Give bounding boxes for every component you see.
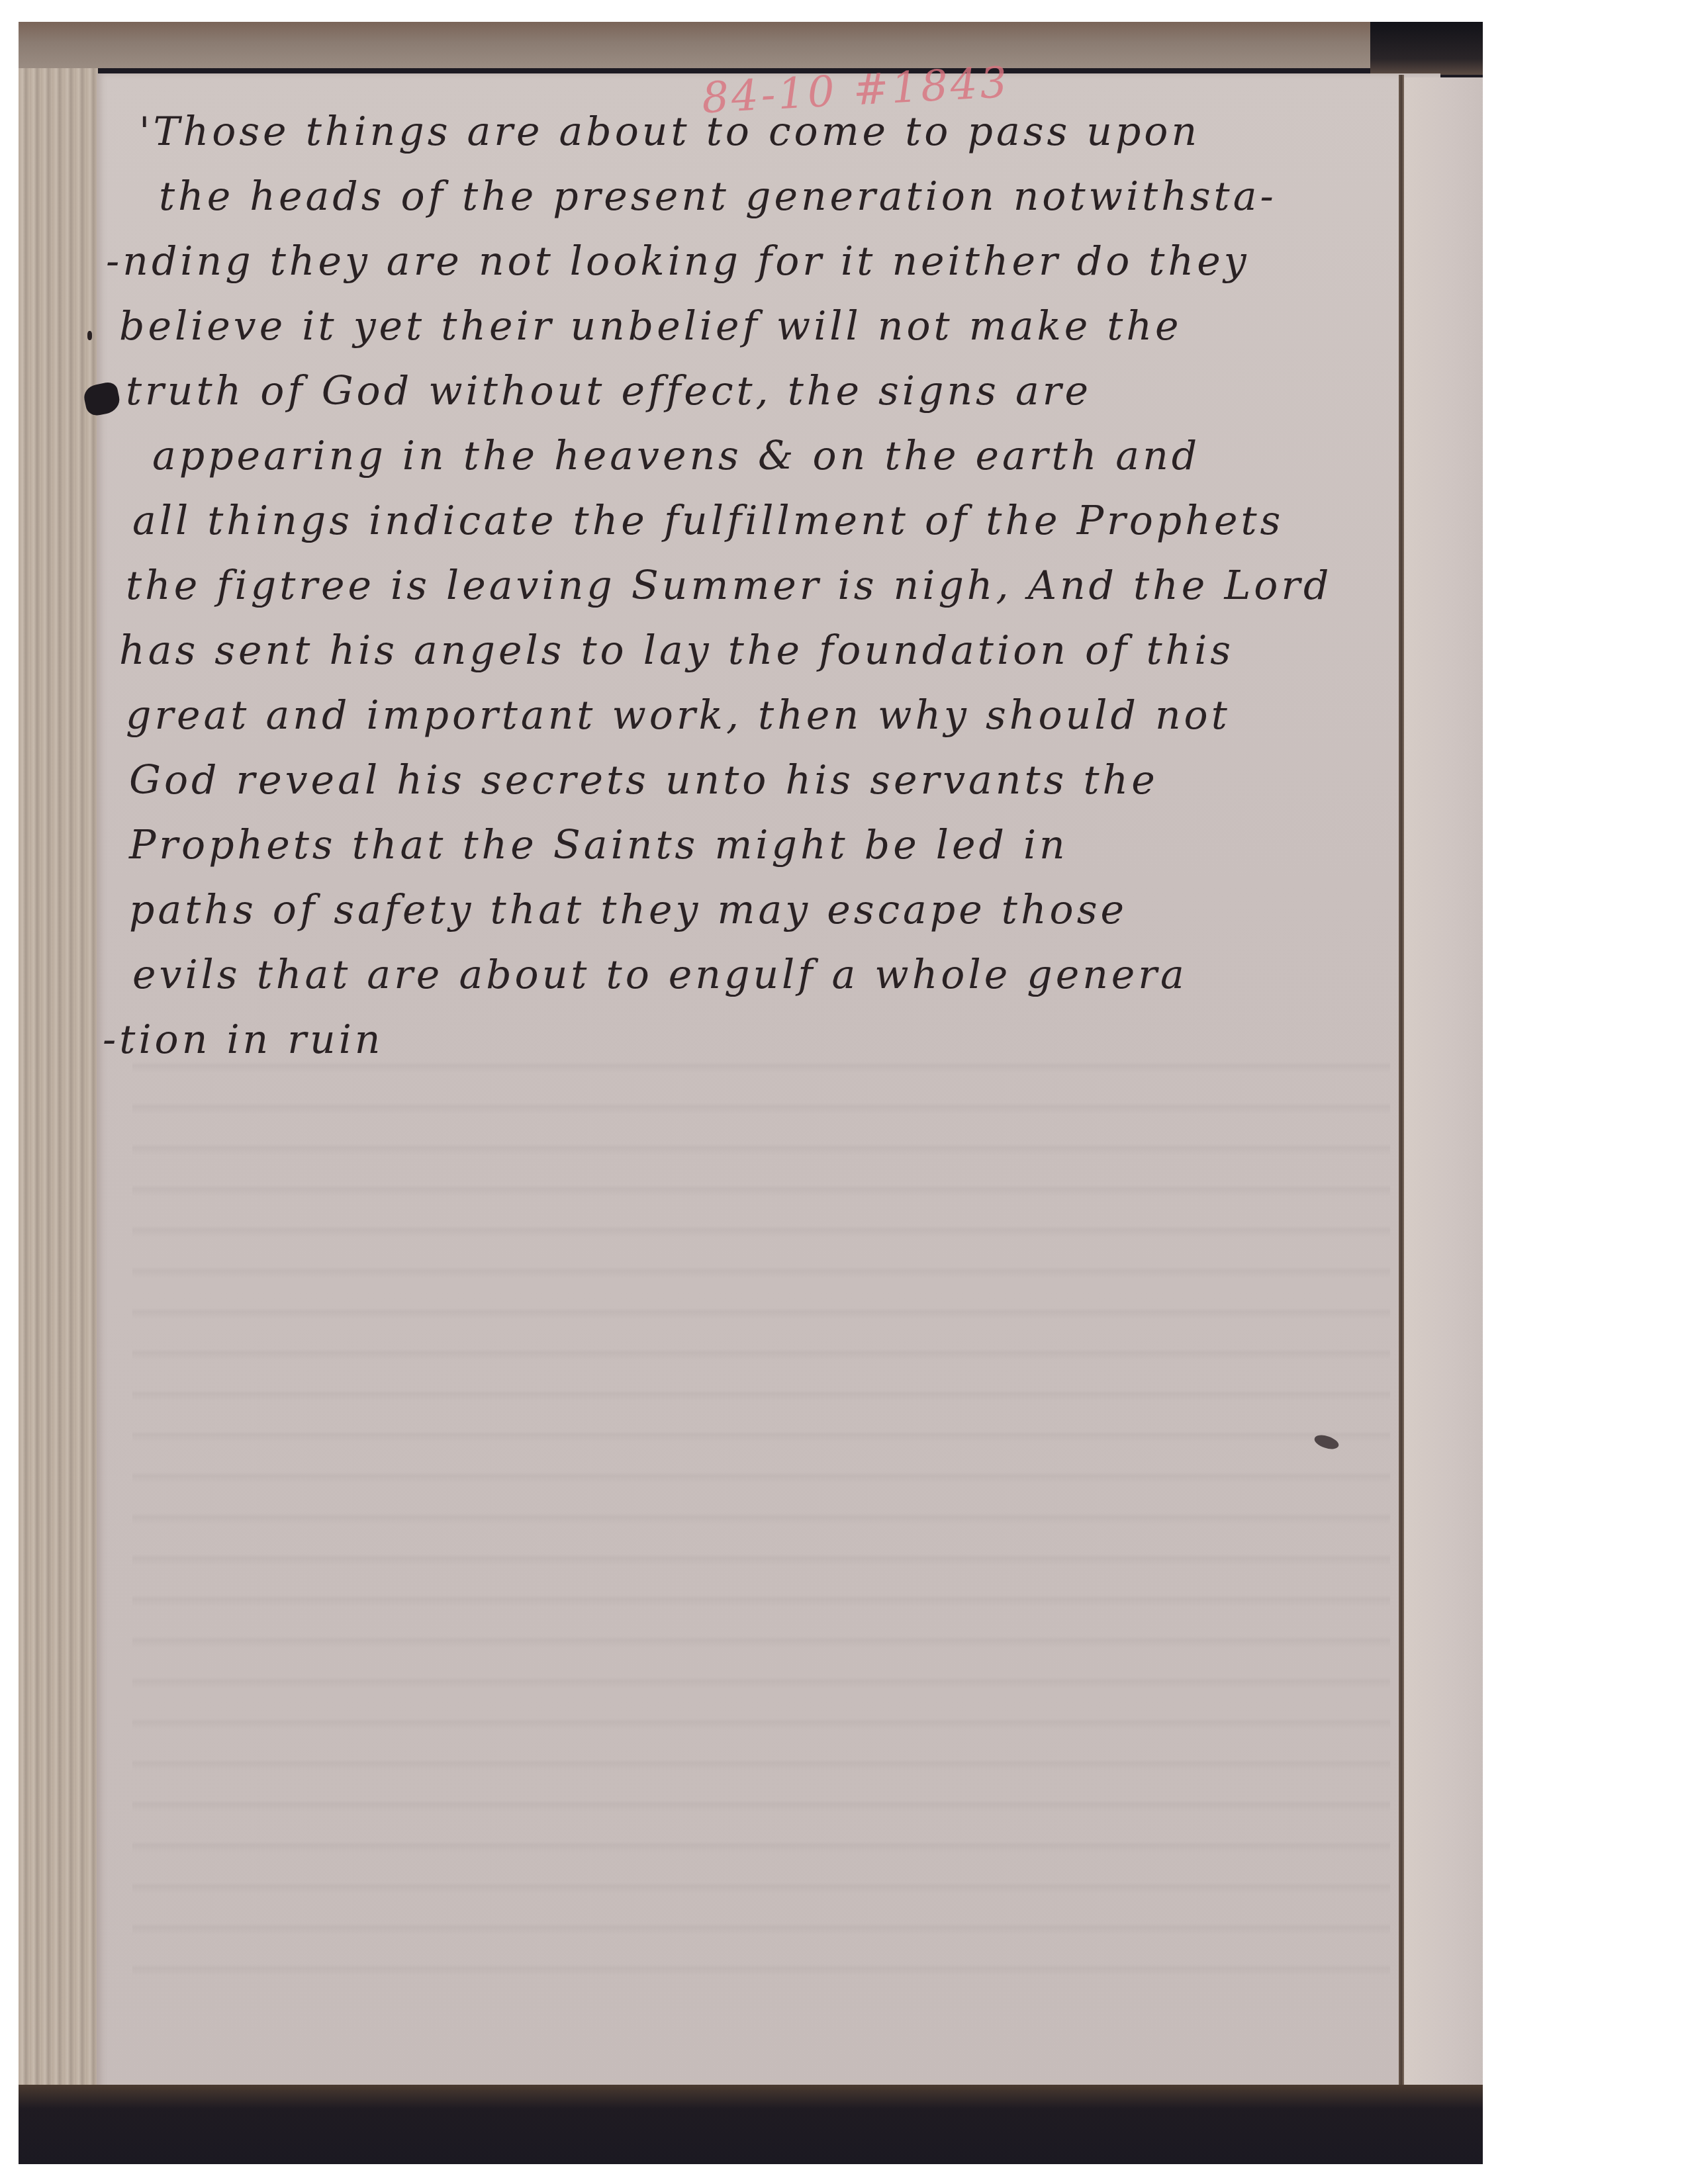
bleed-through-text — [132, 1032, 1390, 1992]
manuscript-line: all things indicate the fulfillment of t… — [132, 488, 1430, 553]
manuscript-line: appearing in the heavens & on the earth … — [152, 424, 1450, 488]
book-top-edge — [19, 22, 1483, 68]
manuscript-line: paths of safety that they may escape tho… — [129, 878, 1427, 942]
manuscript-line: the figtree is leaving Summer is nigh, A… — [126, 553, 1423, 618]
manuscript-line: -nding they are not looking for it neith… — [106, 229, 1403, 294]
manuscript-line: Prophets that the Saints might be led in — [129, 813, 1427, 878]
manuscript-line: great and important work, then why shoul… — [126, 683, 1423, 748]
manuscript-line: truth of God without effect, the signs a… — [126, 359, 1423, 424]
margin-mark — [87, 331, 92, 340]
manuscript-line: the heads of the present generation notw… — [159, 164, 1456, 229]
manuscript-line: evils that are about to engulf a whole g… — [132, 942, 1430, 1007]
book-bottom-edge — [19, 2085, 1483, 2164]
manuscript-line: has sent his angels to lay the foundatio… — [119, 618, 1417, 683]
book-top-right-shadow — [1370, 22, 1483, 75]
manuscript-line: -tion in ruin — [103, 1007, 1400, 1072]
page-stack-edge — [19, 68, 98, 2107]
manuscript-line: 'Those things are about to come to pass … — [139, 99, 1436, 164]
manuscript-line: God reveal his secrets unto his servants… — [129, 748, 1427, 813]
manuscript-line: believe it yet their unbelief will not m… — [119, 294, 1417, 359]
manuscript-text: 'Those things are about to come to pass … — [93, 99, 1390, 1072]
